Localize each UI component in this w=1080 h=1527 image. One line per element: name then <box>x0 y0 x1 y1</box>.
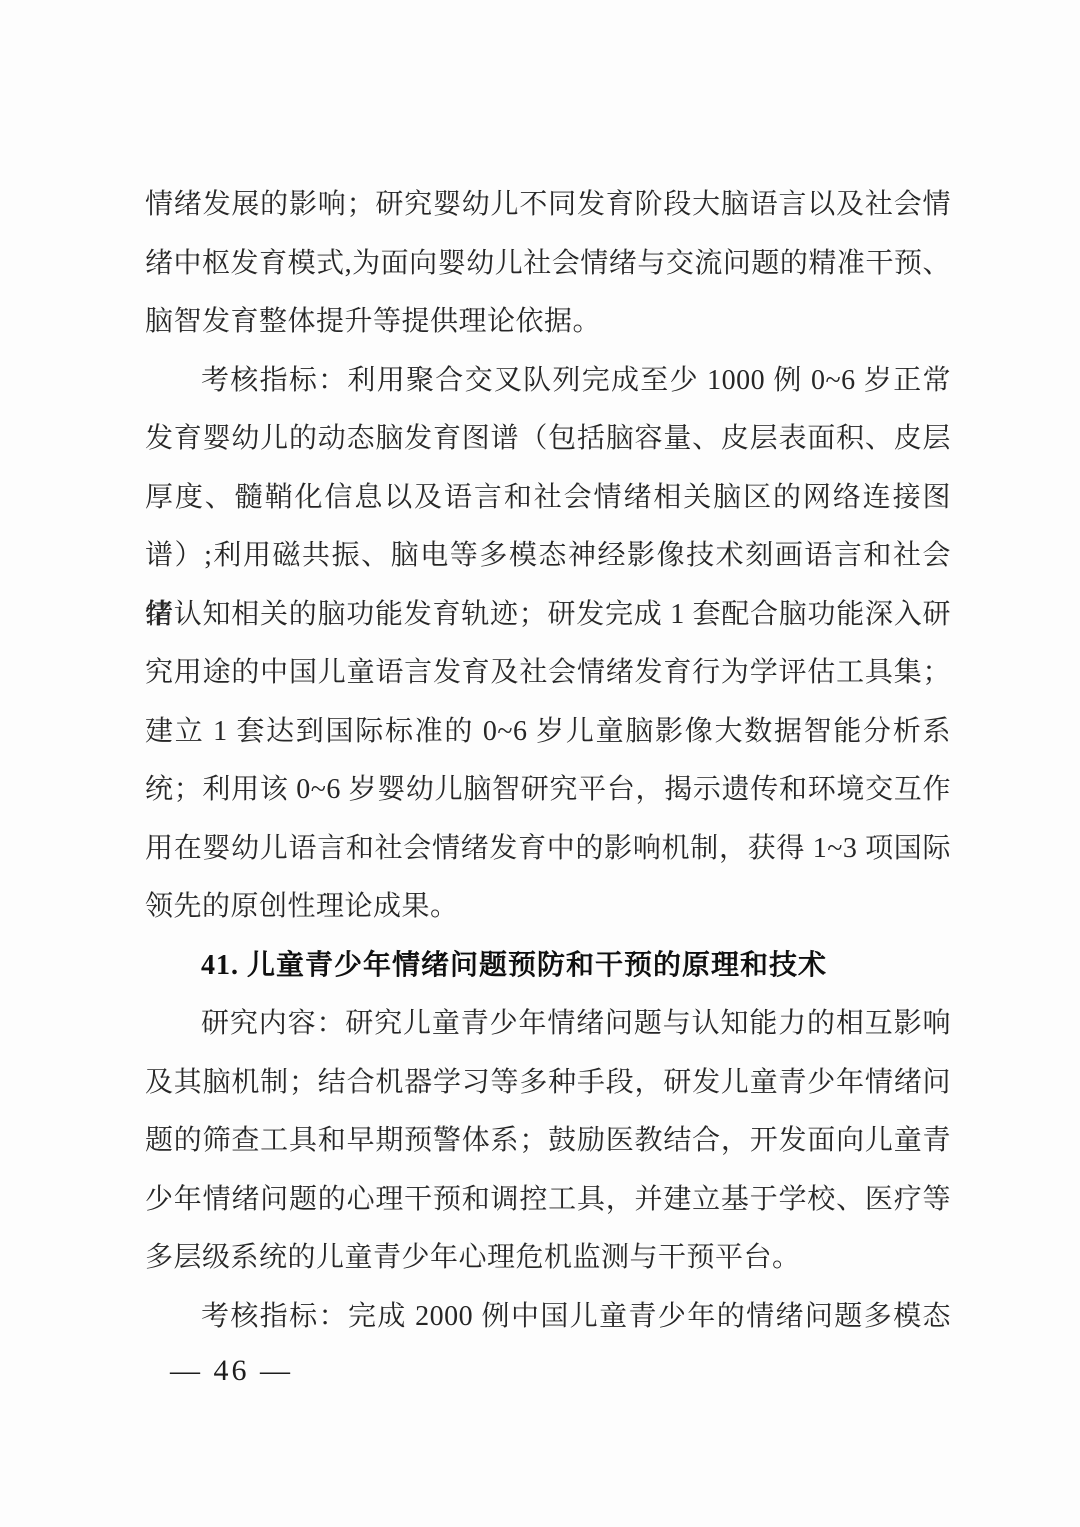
body-text-line: 谱）;利用磁共振、脑电等多模态神经影像技术刻画语言和社会情 <box>145 527 951 586</box>
body-text-line: 发育婴幼儿的动态脑发育图谱（包括脑容量、皮层表面积、皮层 <box>145 410 951 469</box>
body-text-line: 情绪发展的影响；研究婴幼儿不同发育阶段大脑语言以及社会情 <box>145 176 951 235</box>
body-text-line: 多层级系统的儿童青少年心理危机监测与干预平台。 <box>145 1229 951 1288</box>
body-text-line: 绪认知相关的脑功能发育轨迹；研发完成 1 套配合脑功能深入研 <box>145 586 951 645</box>
body-text-line: 考核指标：完成 2000 例中国儿童青少年的情绪问题多模态 <box>145 1288 951 1347</box>
body-text-line: 建立 1 套达到国际标准的 0~6 岁儿童脑影像大数据智能分析系 <box>145 703 951 762</box>
document-body: 情绪发展的影响；研究婴幼儿不同发育阶段大脑语言以及社会情 绪中枢发育模式,为面向… <box>145 176 951 1346</box>
body-text-line: 厚度、髓鞘化信息以及语言和社会情绪相关脑区的网络连接图 <box>145 469 951 528</box>
body-text-line: 少年情绪问题的心理干预和调控工具，并建立基于学校、医疗等 <box>145 1171 951 1230</box>
body-text-line: 及其脑机制；结合机器学习等多种手段，研发儿童青少年情绪问 <box>145 1054 951 1113</box>
body-text-line: 统；利用该 0~6 岁婴幼儿脑智研究平台，揭示遗传和环境交互作 <box>145 761 951 820</box>
body-text-line: 研究内容：研究儿童青少年情绪问题与认知能力的相互影响 <box>145 995 951 1054</box>
body-text-line: 脑智发育整体提升等提供理论依据。 <box>145 293 951 352</box>
body-text-line: 究用途的中国儿童语言发育及社会情绪发育行为学评估工具集； <box>145 644 951 703</box>
body-text-line: 考核指标：利用聚合交叉队列完成至少 1000 例 0~6 岁正常 <box>145 352 951 411</box>
body-text-line: 绪中枢发育模式,为面向婴幼儿社会情绪与交流问题的精准干预、 <box>145 235 951 294</box>
body-text-line: 领先的原创性理论成果。 <box>145 878 951 937</box>
document-page: 情绪发展的影响；研究婴幼儿不同发育阶段大脑语言以及社会情 绪中枢发育模式,为面向… <box>0 0 1080 1527</box>
body-text-line: 题的筛查工具和早期预警体系；鼓励医教结合，开发面向儿童青 <box>145 1112 951 1171</box>
body-text-line: 用在婴幼儿语言和社会情绪发育中的影响机制，获得 1~3 项国际 <box>145 820 951 879</box>
section-heading-41: 41. 儿童青少年情绪问题预防和干预的原理和技术 <box>145 937 951 996</box>
page-number: — 46 — <box>170 1350 293 1392</box>
